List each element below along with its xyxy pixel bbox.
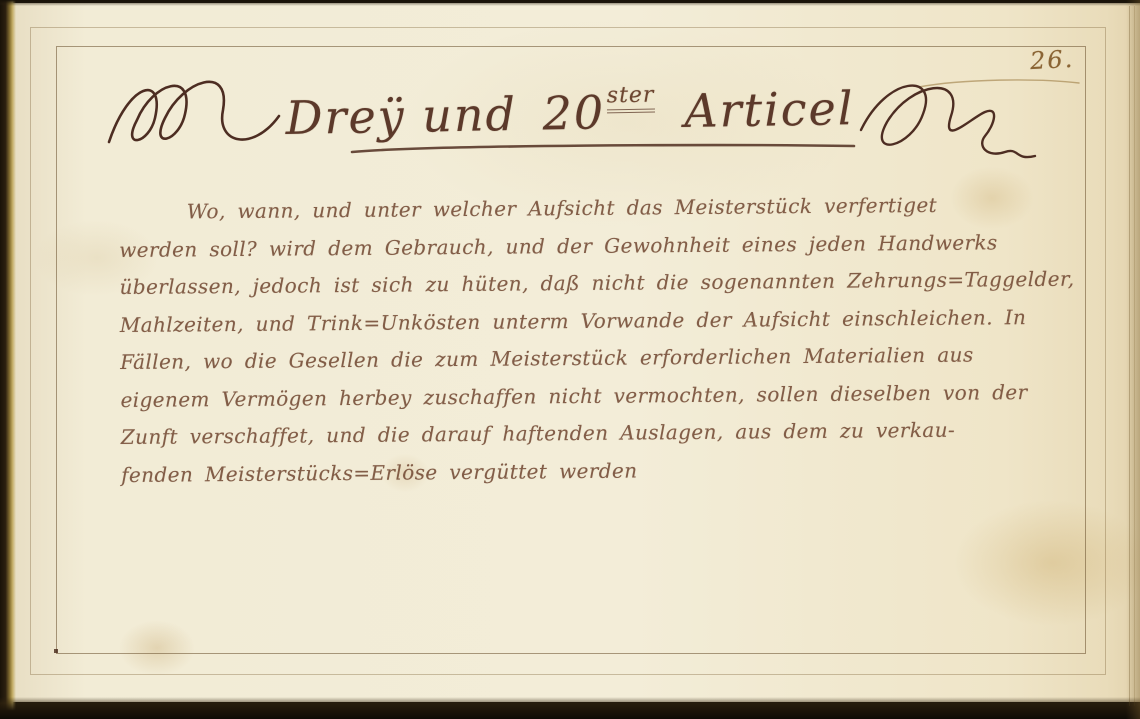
photo-bottom-edge	[0, 697, 1140, 719]
book-binding-edge	[0, 0, 16, 719]
title-part2: Articel	[684, 81, 855, 138]
handwritten-paragraph: Wo, wann, und unter welcher Aufsicht das…	[119, 186, 1042, 494]
photo-top-edge	[0, 0, 1140, 6]
handwritten-line: fenden Meisterstücks=Erlöse vergüttet we…	[121, 448, 1041, 494]
title-superscript: ster	[607, 83, 655, 114]
title-underline-icon	[348, 140, 858, 156]
photo-right-edge	[1126, 0, 1140, 719]
handwritten-line: Zunft verschaffet, und die darauf haften…	[121, 411, 1041, 457]
title-number: 20	[542, 85, 605, 140]
frame-corner-ink-dot	[54, 649, 58, 653]
title-part1: Dreÿ und	[285, 87, 517, 145]
manuscript-photo: 26. Dreÿ und 20ster Articel Wo, wann, un…	[0, 0, 1140, 719]
flourish-right-icon	[853, 66, 1083, 176]
